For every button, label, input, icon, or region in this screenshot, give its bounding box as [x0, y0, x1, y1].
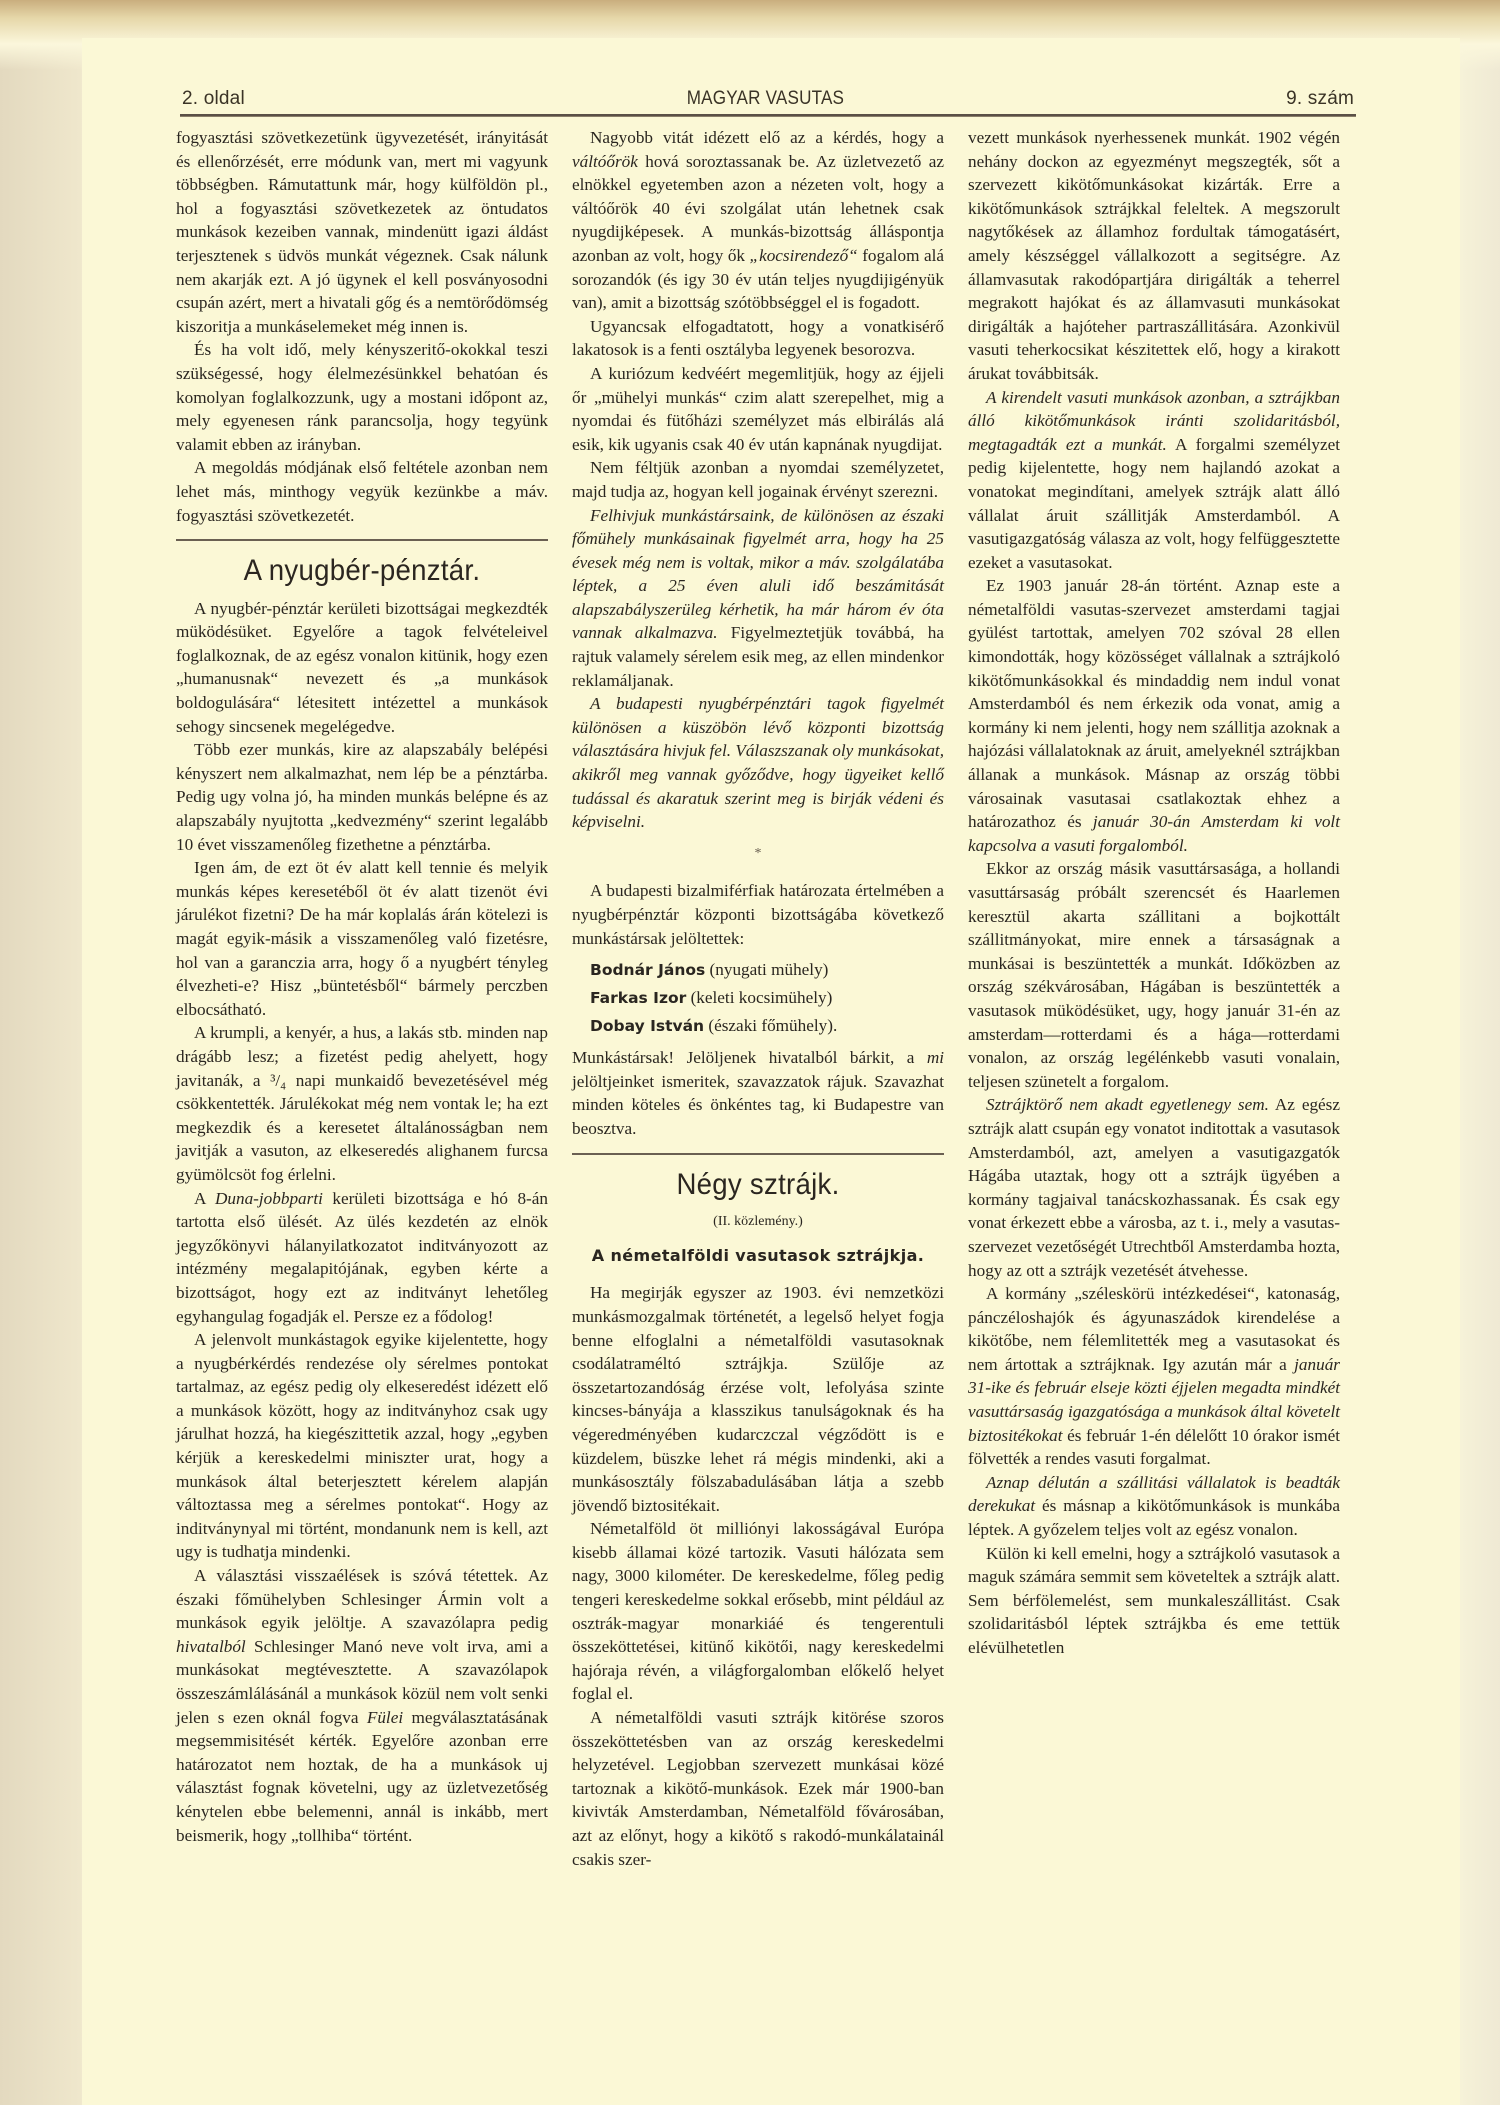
article-title: Négy sztrájk.	[587, 1173, 929, 1197]
article-subheading: A németalföldi vasutasok sztrájkja.	[572, 1244, 944, 1268]
paragraph: És ha volt idő, mely kényszeritő-okokkal…	[176, 338, 548, 456]
emphasis: mi	[927, 1048, 944, 1067]
paragraph: Németalföld öt milliónyi lakosságával Eu…	[572, 1517, 944, 1706]
publication-title: MAGYAR VASUTAS	[687, 88, 844, 110]
candidate-list: Bodnár János (nyugati mühely) Farkas Izo…	[572, 956, 944, 1040]
candidate-workshop: (keleti kocsimühely)	[691, 988, 833, 1007]
paragraph: A budapesti nyugbérpénztári tagok figyel…	[572, 692, 944, 834]
emphasis: Duna-jobbparti	[215, 1189, 323, 1208]
text: A választási visszaélések is szóvá tétet…	[176, 1566, 548, 1632]
paragraph: Ha megirják egyszer az 1903. évi nemzetk…	[572, 1281, 944, 1517]
paragraph: Nem féltjük azonban a nyomdai személyzet…	[572, 456, 944, 503]
column-left: fogyasztási szövetkezetünk ügyvezetését,…	[176, 126, 548, 1847]
paragraph: Sztrájktörő nem akadt egyetlenegy sem. A…	[968, 1093, 1340, 1282]
text: A forgalmi személyzet pedig kijelentette…	[968, 435, 1340, 572]
text: Az egész sztrájk alatt csupán egy vonato…	[968, 1095, 1340, 1279]
issue-number: 9. szám	[1286, 88, 1354, 110]
paragraph: Ugyancsak elfogadtatott, hogy a vonatkis…	[572, 315, 944, 362]
paragraph: Nagyobb vitát idézett elő az a kérdés, h…	[572, 126, 944, 315]
paragraph: A németalföldi vasuti sztrájk kitörése s…	[572, 1706, 944, 1871]
text: jelöltjeinket ismeritek, szavazzatok ráj…	[572, 1072, 944, 1138]
candidate-item: Farkas Izor (keleti kocsimühely)	[572, 984, 944, 1012]
paragraph: A nyugbér-pénztár kerületi bizottságai m…	[176, 597, 548, 739]
candidate-workshop: (északi főmühely).	[708, 1016, 837, 1035]
paragraph: Igen ám, de ezt öt év alatt kell tennie …	[176, 856, 548, 1021]
text: A	[194, 1189, 215, 1208]
emphasis: „kocsirendező“	[750, 246, 858, 265]
paragraph: Munkástársak! Jelöljenek hivatalból bárk…	[572, 1046, 944, 1140]
paragraph: Több ezer munkás, kire az alapszabály be…	[176, 738, 548, 856]
paragraph: Ekkor az ország másik vasuttársasága, a …	[968, 857, 1340, 1093]
text: Ez 1903 január 28-án történt. Aznap este…	[968, 576, 1340, 831]
asterisk-separator: *	[572, 842, 944, 866]
paragraph: Ez 1903 január 28-án történt. Aznap este…	[968, 574, 1340, 857]
candidate-name: Bodnár János	[590, 961, 705, 979]
emphasis: A budapesti nyugbérpénztári tagok figyel…	[572, 694, 944, 831]
emphasis: Sztrájktörő nem akadt egyetlenegy sem.	[986, 1095, 1269, 1114]
section-divider	[176, 539, 548, 541]
article-subtitle: (II. közlemény.)	[572, 1210, 944, 1234]
paragraph: A kuriózum kedvéért megemlitjük, hogy az…	[572, 362, 944, 456]
paragraph: A választási visszaélések is szóvá tétet…	[176, 1564, 548, 1847]
emphasis: Fülei	[367, 1708, 403, 1727]
candidate-name: Dobay István	[590, 1017, 704, 1035]
emphasis: váltóőrök	[572, 152, 638, 171]
column-middle: Nagyobb vitát idézett elő az a kérdés, h…	[572, 126, 944, 1871]
candidate-workshop: (nyugati mühely)	[710, 960, 829, 979]
text: Munkástársak! Jelöljenek hivatalból bárk…	[572, 1048, 927, 1067]
paragraph: A Duna-jobbparti kerületi bizottsága e h…	[176, 1187, 548, 1329]
candidate-item: Dobay István (északi főmühely).	[572, 1012, 944, 1040]
header-rule	[180, 114, 1356, 117]
paragraph: Aznap délután a szállitási vállalatok is…	[968, 1471, 1340, 1542]
emphasis: Felhivjuk munkástársaink, de különösen a…	[572, 506, 944, 643]
text: kerületi bizottsága e hó 8-án tartotta e…	[176, 1189, 548, 1326]
page-number: 2. oldal	[182, 88, 245, 110]
paragraph: vezett munkások nyerhessenek munkát. 190…	[968, 126, 1340, 386]
paragraph: Felhivjuk munkástársaink, de különösen a…	[572, 504, 944, 693]
running-head: 2. oldal MAGYAR VASUTAS 9. szám	[182, 88, 1354, 110]
candidate-item: Bodnár János (nyugati mühely)	[572, 956, 944, 984]
column-right: vezett munkások nyerhessenek munkát. 190…	[968, 126, 1340, 1660]
emphasis: hivatalból	[176, 1637, 246, 1656]
paragraph: A kormány „széleskörü intézkedései“, kat…	[968, 1282, 1340, 1471]
section-divider	[572, 1153, 944, 1155]
paragraph: A kirendelt vasuti munkások azonban, a s…	[968, 386, 1340, 575]
paragraph: fogyasztási szövetkezetünk ügyvezetését,…	[176, 126, 548, 338]
text: megválasztatásának megsemmisitését kérté…	[176, 1708, 548, 1845]
text: Nagyobb vitát idézett elő az a kérdés, h…	[590, 128, 944, 147]
paragraph: Külön ki kell emelni, hogy a sztrájkoló …	[968, 1542, 1340, 1660]
candidate-name: Farkas Izor	[590, 989, 686, 1007]
text: A kormány „széleskörü intézkedései“, kat…	[968, 1284, 1340, 1374]
paragraph: A megoldás módjának első feltétele azonb…	[176, 456, 548, 527]
paragraph: A budapesti bizalmiférfiak határozata ér…	[572, 879, 944, 950]
paragraph: A jelenvolt munkástagok egyike kijelente…	[176, 1328, 548, 1564]
article-title: A nyugbér-pénztár.	[191, 559, 533, 583]
paragraph: A krumpli, a kenyér, a hus, a lakás stb.…	[176, 1021, 548, 1186]
